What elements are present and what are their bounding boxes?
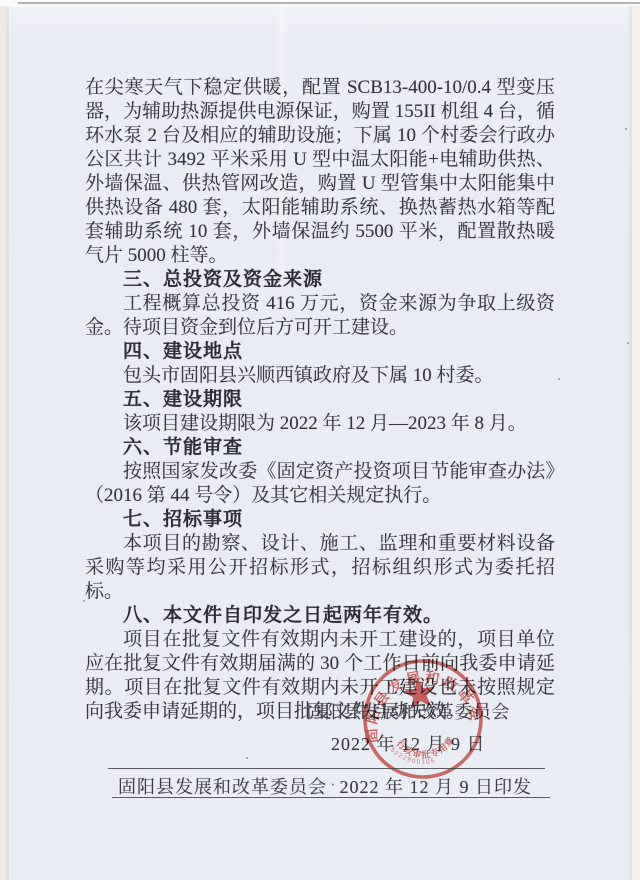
scan-speck xyxy=(246,757,248,759)
footer-print-date: 2022 年 12 月 9 日印发 xyxy=(339,773,532,799)
scan-edge-right xyxy=(632,6,640,880)
section-heading: 四、建设地点 xyxy=(85,340,555,364)
document-body: 在尖寒天气下稳定供暖，配置 SCB13-400-10/0.4 型变压器，为辅助热… xyxy=(85,76,555,724)
footer-row: 固阳县发展和改革委员会 · 2022 年 12 月 9 日印发 xyxy=(118,773,532,799)
section-paragraph: 该项目建设期限为 2022 年 12 月—2023 年 8 月。 xyxy=(85,412,555,436)
footer-separator-dot: · xyxy=(330,777,336,795)
scan-speck xyxy=(558,378,560,380)
scan-edge-line xyxy=(18,2,640,4)
scan-edge-right-shadow xyxy=(629,6,632,880)
continuation-paragraph: 在尖寒天气下稳定供暖，配置 SCB13-400-10/0.4 型变压器，为辅助热… xyxy=(85,76,555,268)
section-heading: 三、总投资及资金来源 xyxy=(85,268,555,292)
footer-rule-bottom xyxy=(112,797,550,798)
section-heading: 七、招标事项 xyxy=(85,508,555,532)
section-heading: 五、建设期限 xyxy=(85,388,555,412)
scan-edge-left-shadow xyxy=(6,6,9,880)
section-paragraph: 按照国家发改委《固定资产投资项目节能审查办法》（2016 第 44 号令）及其它… xyxy=(85,460,555,508)
scan-speck xyxy=(627,342,629,344)
scanned-document-page: 在尖寒天气下稳定供暖，配置 SCB13-400-10/0.4 型变压器，为辅助热… xyxy=(0,0,640,880)
scan-speck xyxy=(625,128,627,130)
footer-issuer: 固阳县发展和改革委员会 xyxy=(118,773,327,799)
section-heading: 六、节能审查 xyxy=(85,436,555,460)
section-paragraph: 工程概算总投资 416 万元，资金来源为争取上级资金。待项目资金到位后方可开工建… xyxy=(85,292,555,340)
section-paragraph: 包头市固阳县兴顺西镇政府及下属 10 村委。 xyxy=(85,364,555,388)
section-heading: 八、本文件自印发之日起两年有效。 xyxy=(85,604,555,628)
section-paragraph: 本项目的勘察、设计、施工、监理和重要材料设备采购等均采用公开招标形式，招标组织形… xyxy=(85,532,555,604)
footer-rule-top xyxy=(108,768,545,769)
